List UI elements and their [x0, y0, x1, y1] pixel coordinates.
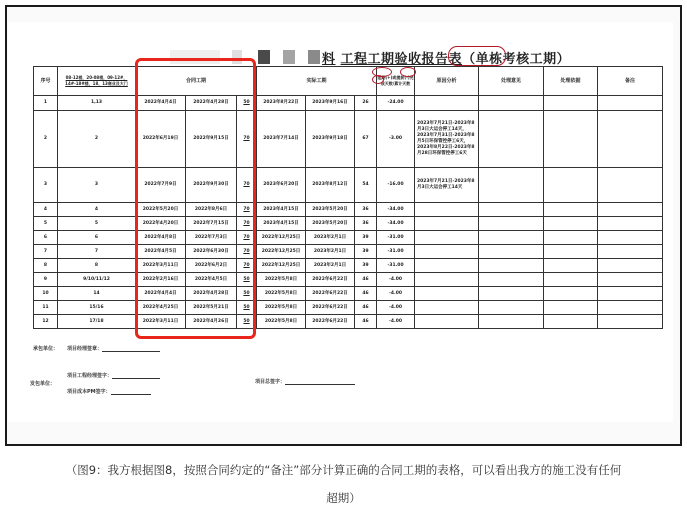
header-remark: 备注 — [598, 67, 663, 96]
row-seq: 1 — [34, 96, 58, 111]
header-annotation-circle — [372, 75, 384, 84]
reason-analysis — [415, 245, 479, 259]
redacted-mosaic — [308, 50, 320, 64]
handling-basis — [544, 111, 598, 168]
row-building: 17/18 — [58, 315, 136, 329]
row-building: 1,13 — [58, 96, 136, 111]
remark — [598, 315, 663, 329]
delay-days: -24.00 — [377, 96, 415, 111]
handling-opinion — [479, 203, 544, 217]
actual-days: 46 — [355, 287, 377, 301]
actual-days: 46 — [355, 273, 377, 287]
document-title: 料 工程工期验收报告表（单栋考核工期） — [322, 48, 570, 67]
actual-start: 2022年5月8日 — [257, 287, 306, 301]
header-actual-period: 实际工期 — [257, 67, 377, 96]
handling-basis — [544, 96, 598, 111]
row-seq: 8 — [34, 259, 58, 273]
header-annotation-circle — [400, 67, 416, 77]
reason-analysis — [415, 217, 479, 231]
table-row: 99/10/11/122022年2月16日2022年4月5日502022年5月8… — [34, 273, 663, 287]
handling-opinion — [479, 96, 544, 111]
reason-analysis — [415, 301, 479, 315]
row-building: 14 — [58, 287, 136, 301]
row-seq: 9 — [34, 273, 58, 287]
reason-analysis: 2023年7月21日-2023年8月3日大运会停工14天 — [415, 168, 479, 203]
actual-end: 2023年9月18日 — [306, 111, 355, 168]
remark — [598, 231, 663, 245]
actual-start: 2023年8月22日 — [257, 96, 306, 111]
header-reason: 原因分析 — [415, 67, 479, 96]
actual-start: 2023年6月20日 — [257, 168, 306, 203]
actual-days: 36 — [355, 203, 377, 217]
actual-end: 2023年5月20日 — [306, 217, 355, 231]
handling-opinion — [479, 259, 544, 273]
handling-opinion — [479, 301, 544, 315]
row-building: 5 — [58, 217, 136, 231]
table-row: 1115/162022年4月25日2022年5月21日502022年5月8日20… — [34, 301, 663, 315]
remark — [598, 96, 663, 111]
table-row: 552022年4月20日2022年7月15日702023年4月15日2023年5… — [34, 217, 663, 231]
remark — [598, 203, 663, 217]
handling-basis — [544, 315, 598, 329]
handling-opinion — [479, 217, 544, 231]
handling-basis — [544, 217, 598, 231]
actual-end: 2022年6月22日 — [306, 301, 355, 315]
handling-basis — [544, 301, 598, 315]
header-handling-opinion: 处理意见 — [479, 67, 544, 96]
handling-basis — [544, 203, 598, 217]
row-building: 9/10/11/12 — [58, 273, 136, 287]
owner-engineer-sign: 项目工程经理签字： — [67, 372, 160, 379]
handling-basis — [544, 231, 598, 245]
row-building: 15/16 — [58, 301, 136, 315]
actual-start: 2022年12月25日 — [257, 259, 306, 273]
owner-label: 发包单位： — [30, 380, 55, 387]
delay-days: -4.00 — [377, 301, 415, 315]
actual-days: 36 — [355, 217, 377, 231]
actual-days: 26 — [355, 96, 377, 111]
table-row: 11,132022年4月4日2022年4月28日502023年8月22日2023… — [34, 96, 663, 111]
delay-days: -31.00 — [377, 245, 415, 259]
actual-start: 2023年4月15日 — [257, 203, 306, 217]
table-row: 662022年4月8日2022年7月3日702022年12月25日2023年2月… — [34, 231, 663, 245]
remark — [598, 111, 663, 168]
header-seq: 序号 — [34, 67, 58, 96]
delay-days: -4.00 — [377, 273, 415, 287]
contractor-label: 承包单位： — [33, 345, 58, 352]
title-annotation-circle — [448, 46, 506, 66]
table-row: 882022年3月11日2022年6月2日702022年12月25日2023年2… — [34, 259, 663, 273]
actual-end: 2023年9月16日 — [306, 96, 355, 111]
row-building: 6 — [58, 231, 136, 245]
handling-opinion — [479, 315, 544, 329]
header-handling-basis: 处理依据 — [544, 67, 598, 96]
row-seq: 7 — [34, 245, 58, 259]
handling-opinion — [479, 273, 544, 287]
row-building: 8 — [58, 259, 136, 273]
actual-end: 2023年2月1日 — [306, 259, 355, 273]
table-row: 442022年5月20日2022年8月6日702023年4月15日2023年5月… — [34, 203, 663, 217]
reason-analysis — [415, 259, 479, 273]
actual-start: 2022年5月8日 — [257, 273, 306, 287]
delay-days: -31.00 — [377, 231, 415, 245]
row-seq: 2 — [34, 111, 58, 168]
delay-days: -4.00 — [377, 287, 415, 301]
table-row: 772022年4月5日2022年6月30日702022年12月25日2023年2… — [34, 245, 663, 259]
actual-start: 2022年12月25日 — [257, 245, 306, 259]
delay-days: -31.00 — [377, 259, 415, 273]
remark — [598, 301, 663, 315]
actual-start: 2022年5月8日 — [257, 301, 306, 315]
handling-opinion — [479, 168, 544, 203]
reason-analysis — [415, 96, 479, 111]
actual-end: 2023年2月1日 — [306, 231, 355, 245]
actual-start: 2023年7月14日 — [257, 111, 306, 168]
handling-basis — [544, 287, 598, 301]
actual-days: 39 — [355, 245, 377, 259]
redacted-mosaic — [283, 50, 295, 64]
actual-end: 2022年6月22日 — [306, 287, 355, 301]
reason-analysis — [415, 231, 479, 245]
table-row: 1217/182022年3月11日2022年4月26日502022年5月8日20… — [34, 315, 663, 329]
actual-start: 2022年5月8日 — [257, 315, 306, 329]
actual-days: 39 — [355, 259, 377, 273]
contractor-pm-sign: 项目经理签章： — [67, 345, 160, 352]
handling-opinion — [479, 111, 544, 168]
row-seq: 4 — [34, 203, 58, 217]
actual-days: 67 — [355, 111, 377, 168]
owner-cost-pm-sign: 项目成本PM签字： — [67, 388, 151, 395]
remark — [598, 273, 663, 287]
actual-end: 2022年6月22日 — [306, 273, 355, 287]
contract-period-highlight — [135, 58, 256, 339]
reason-analysis — [415, 273, 479, 287]
handling-basis — [544, 168, 598, 203]
delay-days: -16.00 — [377, 168, 415, 203]
handling-opinion — [479, 287, 544, 301]
delay-days: -3.00 — [377, 111, 415, 168]
figure-caption-line1: （图9：我方根据图8，按照合同约定的“备注”部分计算正确的合同工期的表格，可以看… — [0, 462, 687, 478]
header-building: 08-12楼，20-08楼，09-12#，14#-18#楼，18、13商业及大门 — [58, 67, 136, 96]
row-building: 4 — [58, 203, 136, 217]
reason-analysis — [415, 203, 479, 217]
actual-end: 2022年6月22日 — [306, 315, 355, 329]
reason-analysis — [415, 287, 479, 301]
delay-days: -34.00 — [377, 203, 415, 217]
actual-start: 2022年12月25日 — [257, 231, 306, 245]
table-header-row: 序号 08-12楼，20-08楼，09-12#，14#-18#楼，18、13商业… — [34, 67, 663, 96]
row-building: 7 — [58, 245, 136, 259]
actual-days: 46 — [355, 301, 377, 315]
row-seq: 5 — [34, 217, 58, 231]
table-row: 332022年7月9日2022年9月30日702023年6月20日2023年8月… — [34, 168, 663, 203]
schedule-acceptance-table: 序号 08-12楼，20-08楼，09-12#，14#-18#楼，18、13商业… — [33, 66, 663, 329]
handling-basis — [544, 259, 598, 273]
row-seq: 3 — [34, 168, 58, 203]
actual-days: 54 — [355, 168, 377, 203]
handling-opinion — [479, 231, 544, 245]
handling-basis — [544, 273, 598, 287]
row-building: 3 — [58, 168, 136, 203]
handling-basis — [544, 245, 598, 259]
actual-days: 39 — [355, 231, 377, 245]
row-seq: 10 — [34, 287, 58, 301]
remark — [598, 217, 663, 231]
handling-opinion — [479, 245, 544, 259]
actual-days: 46 — [355, 315, 377, 329]
remark — [598, 168, 663, 203]
delay-days: -34.00 — [377, 217, 415, 231]
actual-end: 2023年8月12日 — [306, 168, 355, 203]
actual-end: 2023年5月20日 — [306, 203, 355, 217]
project-director-sign: 项目总签字： — [255, 378, 355, 385]
row-seq: 12 — [34, 315, 58, 329]
row-building: 2 — [58, 111, 136, 168]
remark — [598, 245, 663, 259]
table-row: 10142022年4月4日2022年4月28日502022年5月8日2022年6… — [34, 287, 663, 301]
redacted-mosaic — [258, 50, 270, 64]
reason-analysis: 2023年7月21日-2023年8月3日大运会停工14天，2023年7月31日-… — [415, 111, 479, 168]
row-seq: 11 — [34, 301, 58, 315]
table-row: 222022年6月19日2022年9月15日702023年7月14日2023年9… — [34, 111, 663, 168]
reason-analysis — [415, 315, 479, 329]
actual-end: 2023年2月1日 — [306, 245, 355, 259]
figure-caption-line2: 超期） — [0, 490, 687, 506]
row-seq: 6 — [34, 231, 58, 245]
delay-days: -4.00 — [377, 315, 415, 329]
actual-start: 2023年4月15日 — [257, 217, 306, 231]
remark — [598, 259, 663, 273]
remark — [598, 287, 663, 301]
